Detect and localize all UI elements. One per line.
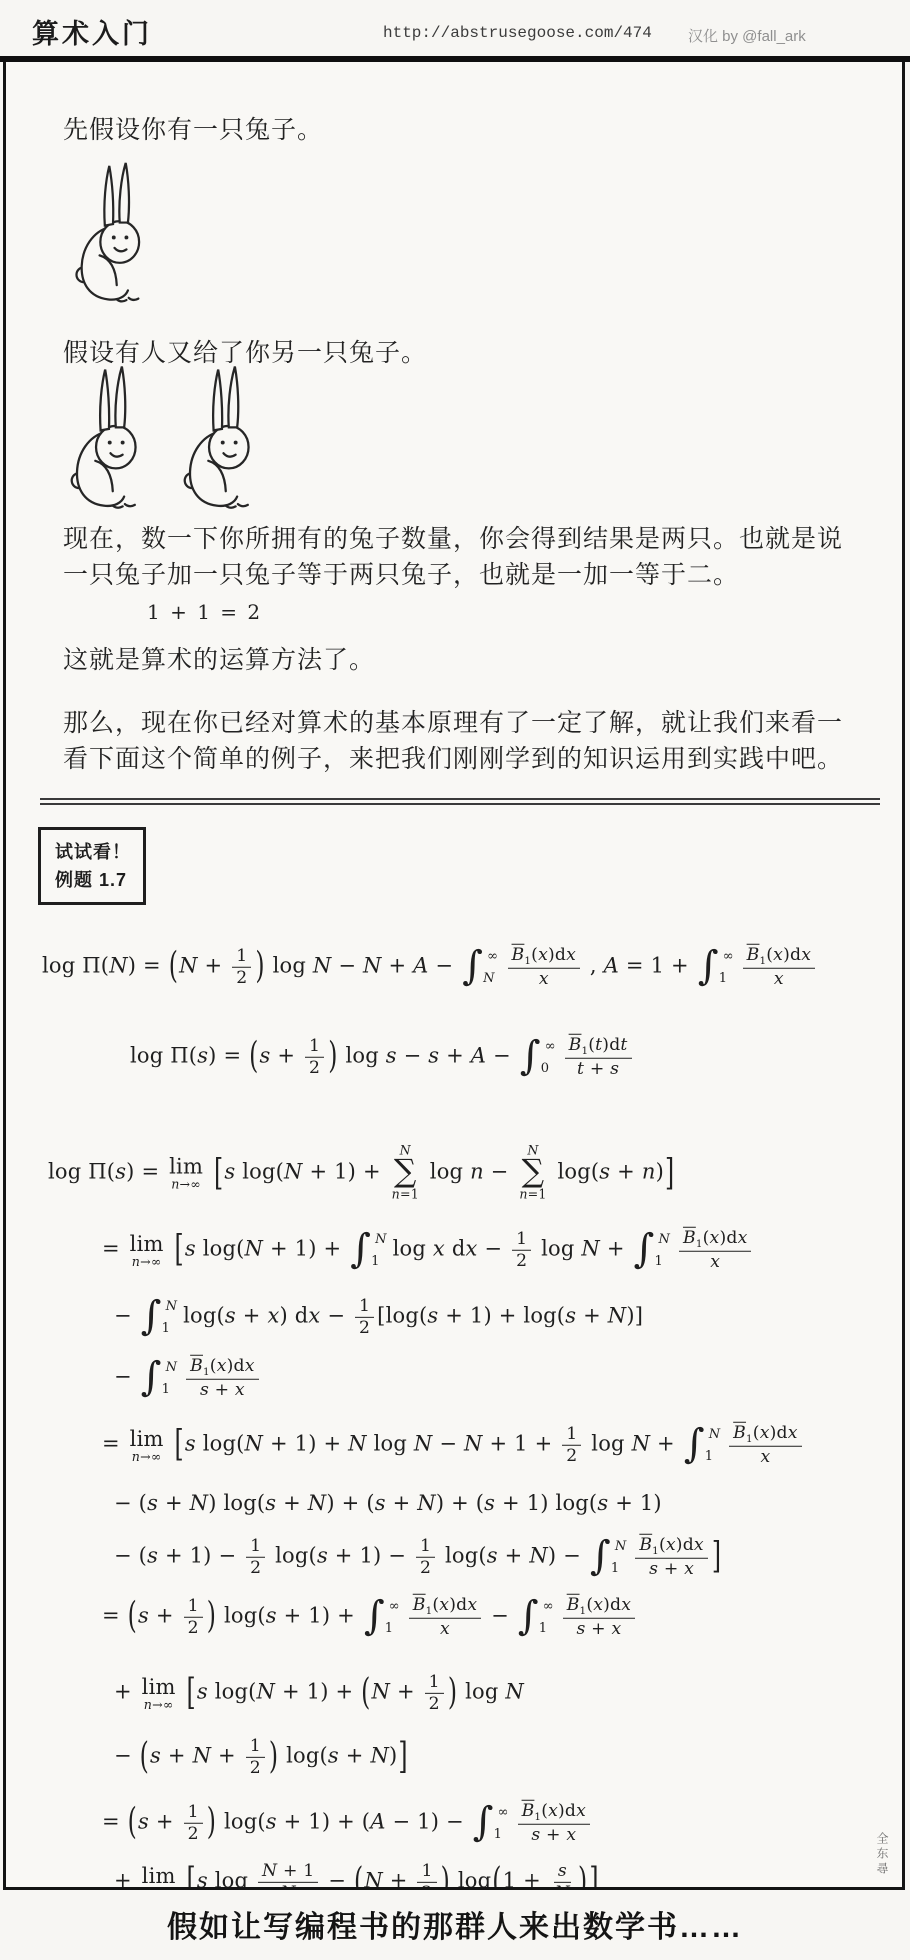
formula-logPis: log Π(s) = (s + 12) log s − s + A − ∫∞0 … bbox=[130, 1035, 635, 1079]
page-title: 算术入门 bbox=[32, 12, 152, 51]
derivation-line-3: − ∫N1 log(s + x) dx − 12[log(s + 1) + lo… bbox=[114, 1296, 643, 1338]
formula-logPiN: log Π(N) = (N + 12) log N − N + A − ∫∞N … bbox=[42, 945, 818, 989]
caption: 假如让写编程书的那群人来出数学书…… bbox=[0, 1902, 910, 1946]
example-box-line1: 试试看！ bbox=[55, 839, 131, 867]
conclusion-text: 这就是算术的运算方法了。 bbox=[63, 640, 375, 676]
rabbit-drawing-3 bbox=[183, 362, 267, 514]
transition-text-line1: 那么，现在你已经对算术的基本原理有了一定了解，就让我们来看一 bbox=[63, 703, 843, 739]
derivation-line-10: − (s + N + 12) log(s + N)] bbox=[114, 1736, 409, 1778]
comic-panel: 先假设你有一只兔子。 假设有人又给了你另一只兔子。 现在，数一下你所拥有的兔子数… bbox=[6, 62, 902, 1887]
one-plus-one-equation: 1 + 1 = 2 bbox=[147, 600, 262, 624]
derivation-line-8: = (s + 12) log(s + 1) + ∫∞1 B1(x)dxx − ∫… bbox=[102, 1595, 638, 1639]
derivation-line-1: log Π(s) = limn→∞ [s log(N + 1) + N∑n=1 … bbox=[48, 1144, 675, 1203]
comic-page: 算术入门 http://abstrusegoose.com/474 汉化 by … bbox=[0, 0, 910, 1960]
derivation-line-5: = limn→∞ [s log(N + 1) + N log N − N + 1… bbox=[102, 1423, 805, 1467]
derivation-line-6: − (s + N) log(s + N) + (s + N) + (s + 1)… bbox=[114, 1491, 662, 1515]
example-box-line2: 例题 1.7 bbox=[55, 867, 131, 895]
panel-border-bottom bbox=[3, 1887, 905, 1890]
derivation-line-11: = (s + 12) log(s + 1) + (A − 1) − ∫∞1 B1… bbox=[102, 1801, 593, 1845]
intro-text-1: 先假设你有一只兔子。 bbox=[63, 110, 323, 146]
derivation-line-9: + limn→∞ [s log(N + 1) + (N + 12) log N bbox=[114, 1672, 524, 1714]
derivation-line-12-clipped: + limn→∞ [s log N + 1N − (N + 12) log(1 … bbox=[114, 1861, 600, 1887]
transition-text-line2: 看下面这个简单的例子，来把我们刚刚学到的知识运用到实践中吧。 bbox=[63, 739, 843, 775]
source-url: http://abstrusegoose.com/474 bbox=[383, 24, 652, 42]
example-box: 试试看！ 例题 1.7 bbox=[38, 827, 146, 905]
section-divider bbox=[40, 798, 880, 805]
translator-credit: 汉化 by @fall_ark bbox=[688, 25, 806, 46]
derivation-line-7: − (s + 1) − 12 log(s + 1) − 12 log(s + N… bbox=[114, 1535, 722, 1579]
derivation-line-2: = limn→∞ [s log(N + 1) + ∫N1 log x dx − … bbox=[102, 1228, 754, 1272]
rabbit-drawing-1 bbox=[75, 158, 157, 308]
count-text-line2: 一只兔子加一只兔子等于两只兔子，也就是一加一等于二。 bbox=[63, 555, 739, 591]
count-text-line1: 现在，数一下你所拥有的兔子数量，你会得到结果是两只。也就是说 bbox=[63, 519, 843, 555]
derivation-line-4: − ∫N1 B1(x)dxs + x bbox=[114, 1356, 262, 1400]
watermark: 全东尋 bbox=[874, 1832, 891, 1877]
rabbit-drawing-2 bbox=[70, 362, 154, 514]
panel-border-right bbox=[902, 62, 905, 1890]
